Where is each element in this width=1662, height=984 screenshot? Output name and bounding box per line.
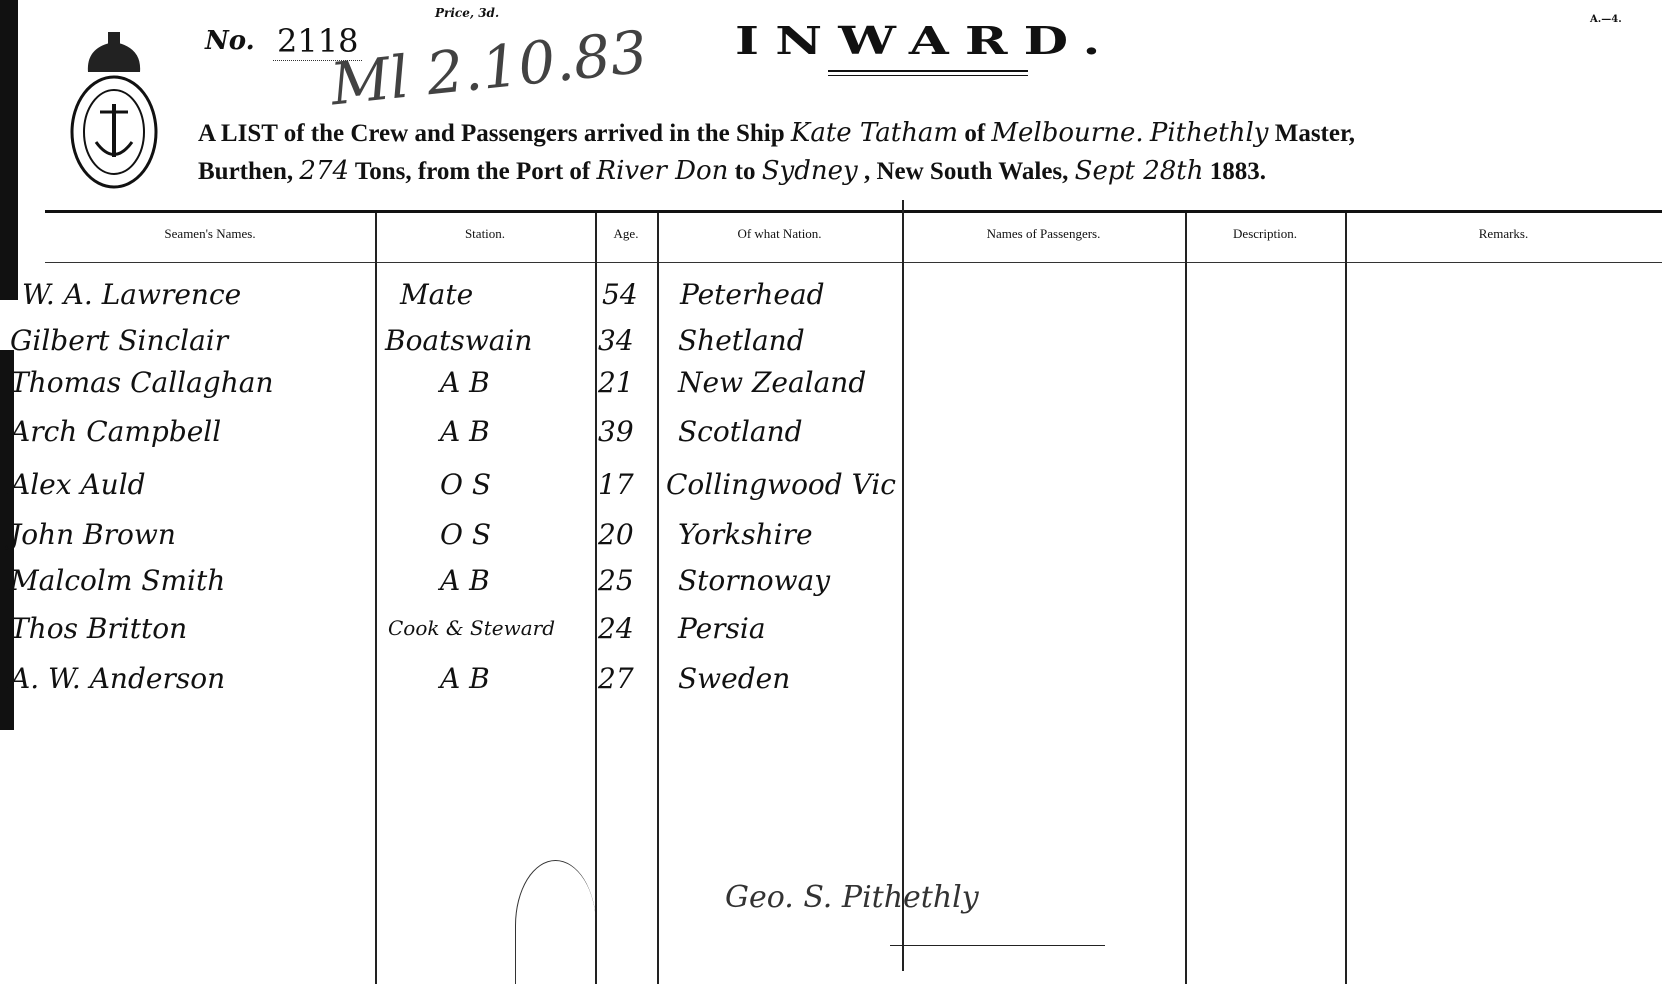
seaman-name: John Brown	[10, 518, 176, 551]
seaman-name: Thos Britton	[10, 612, 187, 645]
age: 39	[598, 415, 634, 448]
crew-row: A. W. Anderson A B 27 Sweden	[0, 662, 1000, 712]
col-header-age: Age.	[595, 226, 657, 242]
handwritten-stamp: Ml 2.10.83	[327, 18, 650, 119]
heading-text: Burthen,	[198, 158, 293, 185]
nation: Sweden	[678, 662, 790, 695]
nation: Scotland	[678, 415, 803, 448]
nation: Yorkshire	[678, 518, 813, 551]
table-header-rule	[45, 262, 1662, 263]
crew-row: Thos Britton Cook & Steward 24 Persia	[0, 612, 1000, 662]
number-label: No.	[205, 26, 255, 56]
seaman-name: Malcolm Smith	[10, 564, 225, 597]
title-underline	[828, 70, 1028, 76]
age: 34	[598, 324, 634, 357]
age: 25	[598, 564, 634, 597]
station: A B	[440, 564, 490, 597]
seaman-name: W. A. Lawrence	[22, 278, 241, 311]
col-header-station: Station.	[375, 226, 595, 242]
burthen-value: 274	[299, 156, 349, 186]
heading-text: of	[964, 120, 985, 147]
nation: Peterhead	[680, 278, 825, 311]
price-label: Price, 3d.	[435, 6, 499, 20]
station: A B	[440, 662, 490, 695]
to-port: Sydney	[762, 156, 858, 186]
heading-text: A LIST of the Crew and Passengers arrive…	[198, 120, 785, 147]
station: A B	[440, 415, 490, 448]
age: 27	[598, 662, 634, 695]
heading-line-1: A LIST of the Crew and Passengers arrive…	[198, 118, 1355, 148]
seaman-name: Gilbert Sinclair	[10, 324, 228, 357]
heading-text: , New South Wales,	[864, 158, 1068, 185]
col-header-nation: Of what Nation.	[657, 226, 902, 242]
heading-text: to	[735, 158, 756, 185]
col-header-remarks: Remarks.	[1345, 226, 1662, 242]
scan-edge	[0, 0, 18, 300]
station: O S	[440, 468, 491, 501]
crew-row: Malcolm Smith A B 25 Stornoway	[0, 564, 1000, 614]
heading-text: Master,	[1275, 120, 1355, 147]
page-title: INWARD.	[735, 18, 1117, 63]
arrival-year: 1883.	[1210, 158, 1266, 185]
seaman-name: Thomas Callaghan	[10, 366, 273, 399]
col-header-passengers: Names of Passengers.	[902, 226, 1185, 242]
from-port: River Don	[597, 156, 729, 186]
seaman-name: A. W. Anderson	[10, 662, 225, 695]
seaman-name: Arch Campbell	[10, 415, 221, 448]
age: 20	[598, 518, 634, 551]
nation: New Zealand	[678, 366, 866, 399]
crew-row: Arch Campbell A B 39 Scotland	[0, 415, 1000, 465]
master-name: Pithethly	[1150, 118, 1269, 148]
age: 17	[598, 468, 634, 501]
station: A B	[440, 366, 490, 399]
station: Boatswain	[385, 324, 532, 357]
heading-text: Tons, from the Port of	[355, 158, 590, 185]
master-signature: Geo. S. Pithethly	[725, 880, 979, 915]
station: O S	[440, 518, 491, 551]
nation: Stornoway	[678, 564, 830, 597]
crew-row: Alex Auld O S 17 Collingwood Vic	[0, 468, 1000, 518]
shipping-masters-crest-icon	[68, 32, 160, 192]
arrival-date: Sept 28th	[1075, 156, 1204, 186]
nation: Shetland	[678, 324, 805, 357]
nation: Collingwood Vic	[666, 468, 896, 501]
column-divider	[1185, 213, 1187, 984]
ship-name: Kate Tatham	[791, 118, 958, 148]
col-header-description: Description.	[1185, 226, 1345, 242]
signature-flourish	[890, 945, 1105, 946]
seaman-name: Alex Auld	[10, 468, 146, 501]
age: 21	[598, 366, 634, 399]
age: 24	[598, 612, 634, 645]
nation: Persia	[678, 612, 766, 645]
table-top-rule	[45, 210, 1662, 213]
home-port: Melbourne.	[991, 118, 1143, 148]
crew-row: Thomas Callaghan A B 21 New Zealand	[0, 366, 1000, 416]
column-divider	[1345, 213, 1347, 984]
station: Mate	[400, 278, 473, 311]
crew-row: W. A. Lawrence Mate 54 Peterhead	[0, 278, 1000, 328]
heading-line-2: Burthen, 274 Tons, from the Port of Rive…	[198, 156, 1266, 186]
station: Cook & Steward	[388, 616, 555, 640]
form-code: A.—4.	[1590, 14, 1622, 25]
age: 54	[602, 278, 638, 311]
col-header-seamen-names: Seamen's Names.	[45, 226, 375, 242]
pen-stroke	[515, 860, 596, 984]
crew-row: John Brown O S 20 Yorkshire	[0, 518, 1000, 568]
